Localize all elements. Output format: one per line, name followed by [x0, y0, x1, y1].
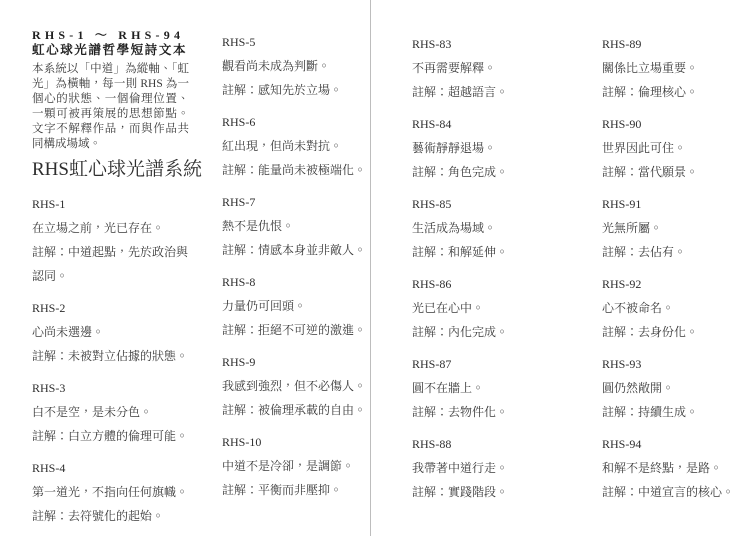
entry-poem: 我感到強烈，但不必傷人。 [222, 374, 372, 398]
entry-note: 註解：去佔有。 [602, 240, 740, 264]
entry-note: 註解：平衡而非壓抑。 [222, 478, 372, 502]
entry-id: RHS-87 [412, 352, 562, 376]
entry-poem: 圓不在牆上。 [412, 376, 562, 400]
entry-poem: 藝術靜靜退場。 [412, 136, 562, 160]
entry-poem: 白不是空，是未分色。 [32, 400, 189, 424]
entry-id: RHS-92 [602, 272, 740, 296]
rhs-entry: RHS-91 光無所屬。 註解：去佔有。 [602, 192, 740, 264]
entry-note: 註解：超越語言。 [412, 80, 562, 104]
entry-id: RHS-10 [222, 430, 372, 454]
column-4: RHS-89 關係比立場重要。 註解：倫理核心。 RHS-90 世界因此可住。 … [602, 32, 740, 512]
entry-id: RHS-7 [222, 190, 372, 214]
entry-id: RHS-85 [412, 192, 562, 216]
entry-poem: 生活成為場域。 [412, 216, 562, 240]
entry-note: 註解：被倫理承載的自由。 [222, 398, 372, 422]
rhs-entry: RHS-87 圓不在牆上。 註解：去物件化。 [412, 352, 562, 424]
entry-id: RHS-89 [602, 32, 740, 56]
rhs-entry: RHS-7 熱不是仇恨。 註解：情感本身並非敵人。 [222, 190, 372, 262]
doc-title: RHS-1 ～ RHS-94 [32, 28, 189, 43]
rhs-entry: RHS-8 力量仍可回頭。 註解：拒絕不可逆的激進。 [222, 270, 372, 342]
entry-note: 註解：感知先於立場。 [222, 78, 372, 102]
entry-list-4: RHS-89 關係比立場重要。 註解：倫理核心。 RHS-90 世界因此可住。 … [602, 32, 740, 504]
entry-poem: 世界因此可住。 [602, 136, 740, 160]
rhs-entry: RHS-6 紅出現，但尚未對抗。 註解：能量尚未被極端化。 [222, 110, 372, 182]
rhs-entry: RHS-10 中道不是冷卻，是調節。 註解：平衡而非壓抑。 [222, 430, 372, 502]
entry-note: 註解：白立方體的倫理可能。 [32, 424, 189, 448]
rhs-entry: RHS-3 白不是空，是未分色。 註解：白立方體的倫理可能。 [32, 376, 189, 448]
entry-id: RHS-2 [32, 296, 189, 320]
entry-poem: 心尚未選邊。 [32, 320, 189, 344]
rhs-entry: RHS-92 心不被命名。 註解：去身份化。 [602, 272, 740, 344]
intro-paragraph: 本系統以「中道」為縱軸、「虹光」為橫軸，每一則 RHS 為一個心的狀態、一個倫理… [32, 62, 189, 152]
entry-note: 註解：角色完成。 [412, 160, 562, 184]
entry-note: 註解：和解延伸。 [412, 240, 562, 264]
entry-note: 註解：能量尚未被極端化。 [222, 158, 372, 182]
entry-list-1: RHS-1 在立場之前，光已存在。 註解：中道起點，先於政治與認同。 RHS-2… [32, 192, 189, 528]
rhs-entry: RHS-93 圓仍然敞開。 註解：持續生成。 [602, 352, 740, 424]
entry-note: 註解：倫理核心。 [602, 80, 740, 104]
entry-id: RHS-1 [32, 192, 189, 216]
entry-poem: 中道不是冷卻，是調節。 [222, 454, 372, 478]
entry-note: 註解：去符號化的起始。 [32, 504, 189, 528]
entry-id: RHS-86 [412, 272, 562, 296]
rhs-entry: RHS-4 第一道光，不指向任何旗幟。 註解：去符號化的起始。 [32, 456, 189, 528]
entry-poem: 紅出現，但尚未對抗。 [222, 134, 372, 158]
entry-poem: 光已在心中。 [412, 296, 562, 320]
document-header: RHS-1 ～ RHS-94 虹心球光譜哲學短詩文本 本系統以「中道」為縱軸、「… [32, 28, 189, 180]
entry-list-3: RHS-83 不再需要解釋。 註解：超越語言。 RHS-84 藝術靜靜退場。 註… [412, 32, 562, 504]
rhs-entry: RHS-85 生活成為場域。 註解：和解延伸。 [412, 192, 562, 264]
entry-poem: 不再需要解釋。 [412, 56, 562, 80]
entry-note: 註解：中道起點，先於政治與認同。 [32, 240, 189, 288]
entry-note: 註解：當代願景。 [602, 160, 740, 184]
entry-id: RHS-84 [412, 112, 562, 136]
entry-id: RHS-4 [32, 456, 189, 480]
column-2: RHS-5 觀看尚未成為判斷。 註解：感知先於立場。 RHS-6 紅出現，但尚未… [222, 30, 372, 510]
entry-id: RHS-83 [412, 32, 562, 56]
rhs-entry: RHS-2 心尚未選邊。 註解：未被對立佔據的狀態。 [32, 296, 189, 368]
entry-list-2: RHS-5 觀看尚未成為判斷。 註解：感知先於立場。 RHS-6 紅出現，但尚未… [222, 30, 372, 502]
entry-poem: 在立場之前，光已存在。 [32, 216, 189, 240]
doc-subtitle: 虹心球光譜哲學短詩文本 [32, 43, 189, 58]
entry-note: 註解：去物件化。 [412, 400, 562, 424]
rhs-entry: RHS-90 世界因此可住。 註解：當代願景。 [602, 112, 740, 184]
column-3: RHS-83 不再需要解釋。 註解：超越語言。 RHS-84 藝術靜靜退場。 註… [412, 32, 562, 512]
entry-id: RHS-90 [602, 112, 740, 136]
entry-poem: 我帶著中道行走。 [412, 456, 562, 480]
rhs-entry: RHS-88 我帶著中道行走。 註解：實踐階段。 [412, 432, 562, 504]
entry-note: 註解：情感本身並非敵人。 [222, 238, 372, 262]
entry-poem: 心不被命名。 [602, 296, 740, 320]
rhs-entry: RHS-9 我感到強烈，但不必傷人。 註解：被倫理承載的自由。 [222, 350, 372, 422]
entry-id: RHS-6 [222, 110, 372, 134]
rhs-entry: RHS-94 和解不是終點，是路。 註解：中道宣言的核心。 [602, 432, 740, 504]
entry-note: 註解：中道宣言的核心。 [602, 480, 740, 504]
entry-poem: 第一道光，不指向任何旗幟。 [32, 480, 189, 504]
rhs-entry: RHS-83 不再需要解釋。 註解：超越語言。 [412, 32, 562, 104]
entry-id: RHS-88 [412, 432, 562, 456]
entry-note: 註解：去身份化。 [602, 320, 740, 344]
column-1: RHS-1 ～ RHS-94 虹心球光譜哲學短詩文本 本系統以「中道」為縱軸、「… [32, 28, 189, 536]
entry-id: RHS-5 [222, 30, 372, 54]
entry-note: 註解：持續生成。 [602, 400, 740, 424]
entry-id: RHS-3 [32, 376, 189, 400]
rhs-entry: RHS-1 在立場之前，光已存在。 註解：中道起點，先於政治與認同。 [32, 192, 189, 288]
entry-poem: 熱不是仇恨。 [222, 214, 372, 238]
entry-id: RHS-8 [222, 270, 372, 294]
rhs-entry: RHS-5 觀看尚未成為判斷。 註解：感知先於立場。 [222, 30, 372, 102]
section-heading: RHS虹心球光譜系統 [32, 160, 189, 180]
entry-poem: 和解不是終點，是路。 [602, 456, 740, 480]
entry-poem: 圓仍然敞開。 [602, 376, 740, 400]
entry-note: 註解：拒絕不可逆的激進。 [222, 318, 372, 342]
entry-note: 註解：內化完成。 [412, 320, 562, 344]
rhs-entry: RHS-86 光已在心中。 註解：內化完成。 [412, 272, 562, 344]
entry-id: RHS-9 [222, 350, 372, 374]
entry-id: RHS-91 [602, 192, 740, 216]
entry-poem: 觀看尚未成為判斷。 [222, 54, 372, 78]
entry-note: 註解：未被對立佔據的狀態。 [32, 344, 189, 368]
rhs-entry: RHS-89 關係比立場重要。 註解：倫理核心。 [602, 32, 740, 104]
entry-note: 註解：實踐階段。 [412, 480, 562, 504]
entry-id: RHS-94 [602, 432, 740, 456]
entry-poem: 光無所屬。 [602, 216, 740, 240]
entry-poem: 關係比立場重要。 [602, 56, 740, 80]
entry-id: RHS-93 [602, 352, 740, 376]
rhs-entry: RHS-84 藝術靜靜退場。 註解：角色完成。 [412, 112, 562, 184]
entry-poem: 力量仍可回頭。 [222, 294, 372, 318]
document-page: RHS-1 ～ RHS-94 虹心球光譜哲學短詩文本 本系統以「中道」為縱軸、「… [0, 0, 740, 536]
